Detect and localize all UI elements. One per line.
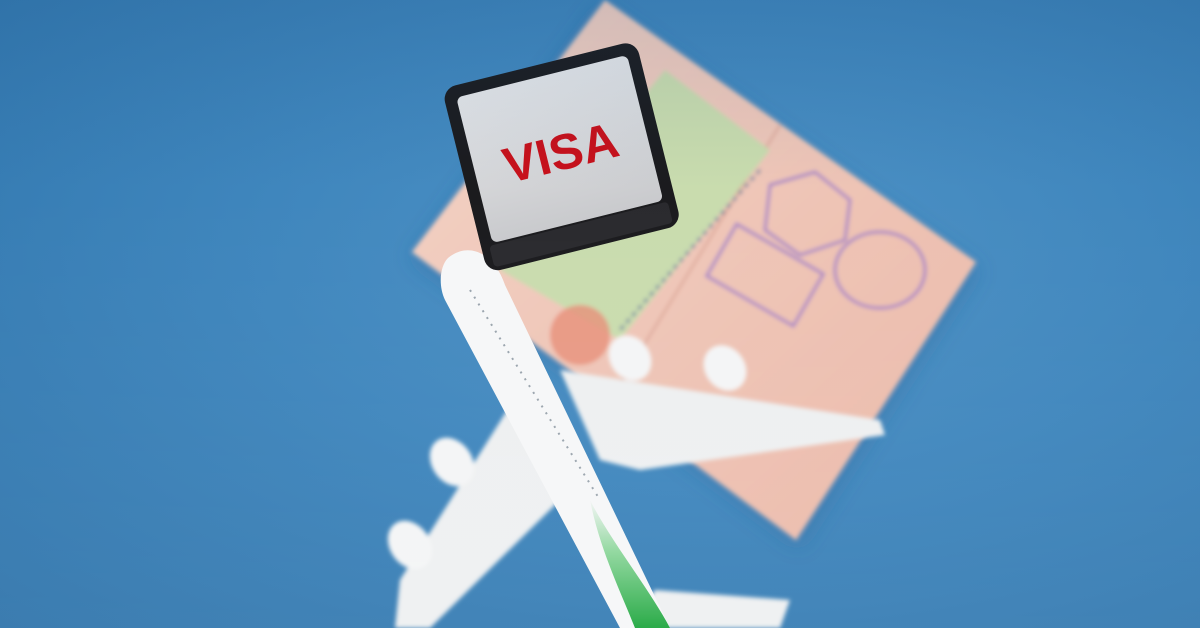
photo-illustration: VISA [0,0,1200,628]
photo-scene: VISA [0,0,1200,628]
